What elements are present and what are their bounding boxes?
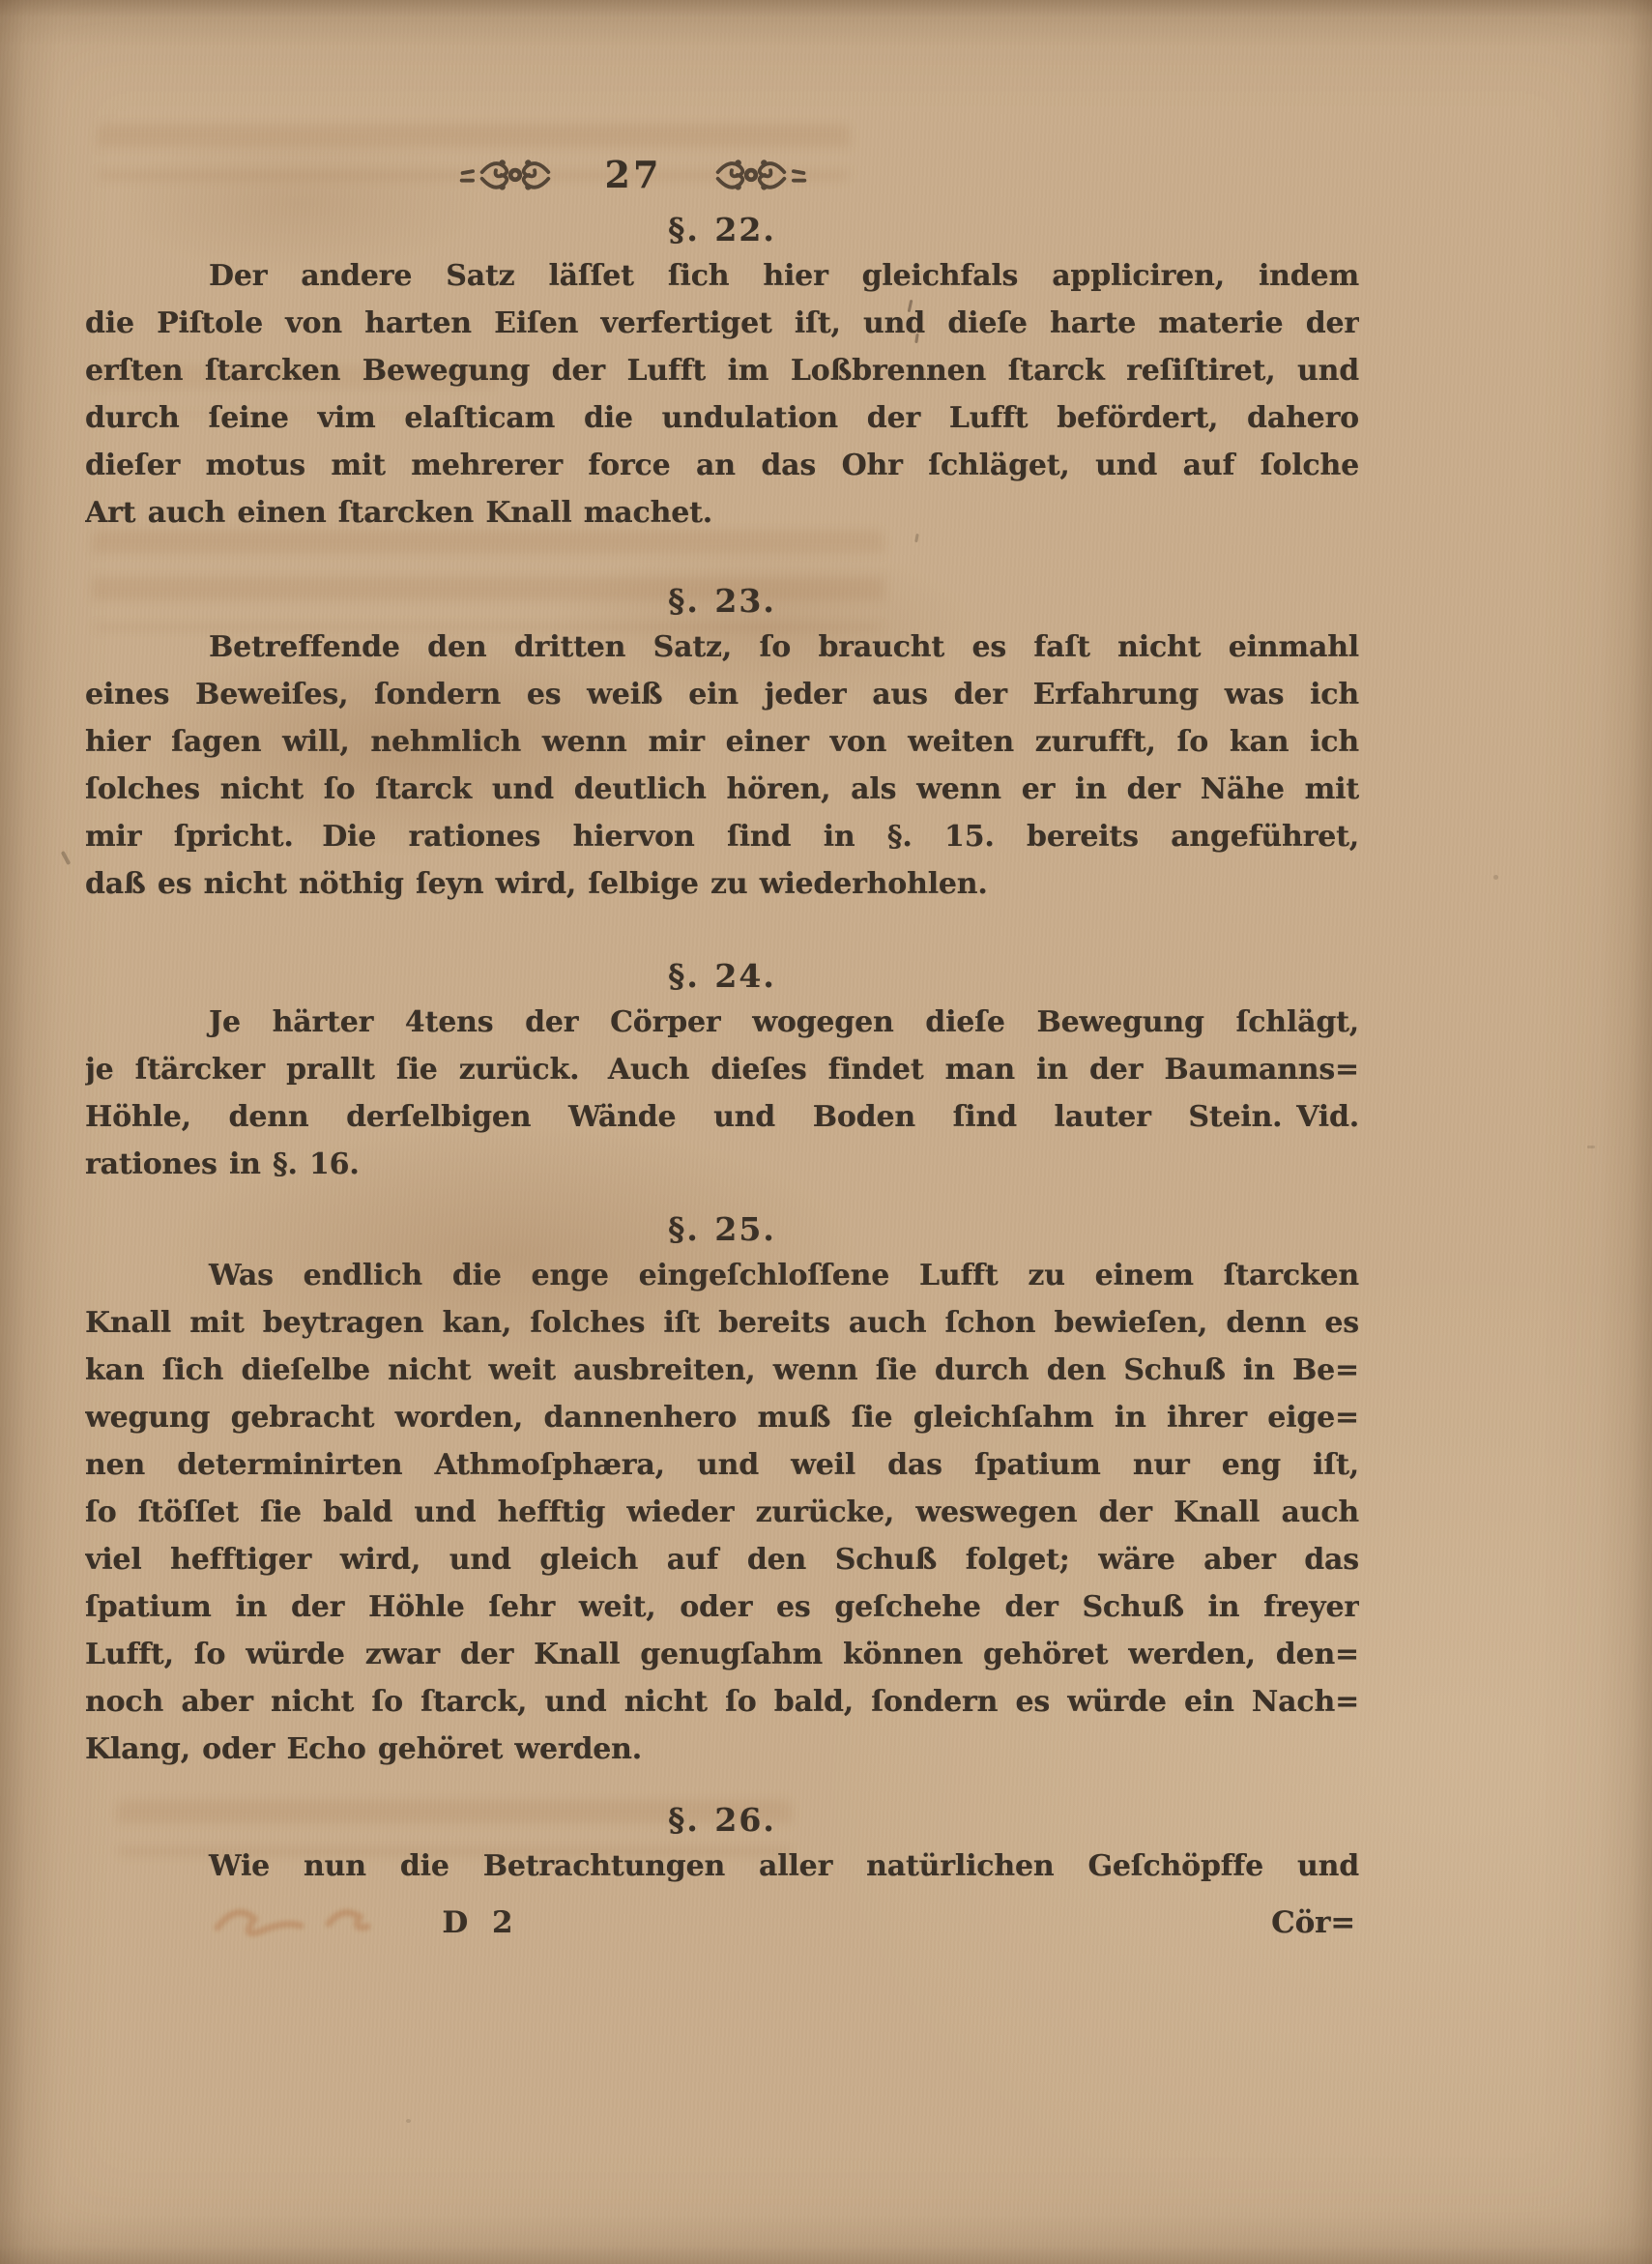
- text-line: Was endlich die enge eingeſchloſſene Luf…: [85, 1252, 1359, 1299]
- section-heading: §. 26.: [85, 1798, 1359, 1843]
- section: §. 22.Der andere Satz läſſet ſich hier g…: [85, 208, 1359, 537]
- fleuron-right-icon: [694, 154, 808, 194]
- sections: §. 22.Der andere Satz läſſet ſich hier g…: [85, 208, 1359, 1890]
- text-line: ſolches nicht ſo ſtarck und deutlich hör…: [85, 766, 1359, 813]
- text-line: ſo ſtöſſet ſie bald und hefftig wieder z…: [85, 1489, 1359, 1536]
- section: §. 23.Betreffende den dritten Satz, ſo b…: [85, 579, 1359, 908]
- text-line: Lufft, ſo würde zwar der Knall genugſahm…: [85, 1631, 1359, 1678]
- ink-speck: [406, 2119, 411, 2123]
- text-line: hier ſagen will, nehmlich wenn mir einer…: [85, 718, 1359, 766]
- text-line: wegung gebracht worden, dannenhero muß ſ…: [85, 1394, 1359, 1441]
- text-line: Der andere Satz läſſet ſich hier gleichf…: [85, 252, 1359, 300]
- text-line: ſpatium in der Höhle ſehr weit, oder es …: [85, 1583, 1359, 1631]
- page-number: 27: [605, 151, 662, 198]
- text-line: mir ſpricht. Die rationes hiervon ſind i…: [85, 813, 1359, 860]
- text-line: Art auch einen ſtarcken Knall machet.: [85, 489, 1359, 537]
- text-line: durch ſeine vim elaſticam die undulation…: [85, 394, 1359, 442]
- text-line: Klang, oder Echo gehöret werden.: [85, 1726, 1359, 1773]
- ink-speck: [1587, 1146, 1595, 1148]
- text-line: die Piſtole von harten Eiſen verfertiget…: [85, 300, 1359, 347]
- text-line: Knall mit beytragen kan, ſolches iſt ber…: [85, 1299, 1359, 1347]
- text-block: 27 §. 22.Der andere Satz läſſet ſich hie…: [85, 145, 1359, 1947]
- catchword: Cör=: [1271, 1900, 1355, 1947]
- text-line: je ſtärcker prallt ſie zurück. Auch dieſ…: [85, 1046, 1359, 1093]
- text-line: noch aber nicht ſo ſtarck, und nicht ſo …: [85, 1678, 1359, 1726]
- ink-speck: [61, 851, 72, 865]
- text-line: viel hefftiger wird, und gleich auf den …: [85, 1536, 1359, 1583]
- text-line: daß es nicht nöthig ſeyn wird, ſelbige z…: [85, 860, 1359, 908]
- signature-mark: D 2: [442, 1900, 518, 1947]
- text-line: Höhle, denn derſelbigen Wände und Boden …: [85, 1093, 1359, 1141]
- text-line: rationes in §. 16.: [85, 1141, 1359, 1188]
- text-line: nen determinirten Athmoſphæra, und weil …: [85, 1441, 1359, 1489]
- section: §. 25.Was endlich die enge eingeſchloſſe…: [85, 1207, 1359, 1773]
- section-heading: §. 25.: [85, 1207, 1359, 1252]
- text-line: Betreffende den dritten Satz, ſo braucht…: [85, 624, 1359, 671]
- section-heading: §. 24.: [85, 954, 1359, 999]
- section-heading: §. 23.: [85, 579, 1359, 624]
- section: §. 24.Je härter 4tens der Cörper wogegen…: [85, 954, 1359, 1188]
- ink-speck: [1493, 875, 1498, 880]
- text-line: Wie nun die Betrachtungen aller natürlic…: [85, 1843, 1359, 1890]
- text-line: erſten ſtarcken Bewegung der Lufft im Lo…: [85, 347, 1359, 394]
- fleuron-left-icon: [458, 154, 572, 194]
- text-line: Je härter 4tens der Cörper wogegen dieſe…: [85, 999, 1359, 1046]
- section: §. 26.Wie nun die Betrachtungen aller na…: [85, 1798, 1359, 1890]
- book-page-scan: 27 §. 22.Der andere Satz läſſet ſich hie…: [0, 0, 1652, 2264]
- text-line: eines Beweiſes, ſondern es weiß ein jede…: [85, 671, 1359, 718]
- footer-line: D 2 Cör=: [85, 1900, 1359, 1947]
- page-header: 27: [0, 150, 1270, 198]
- text-line: kan ſich dieſelbe nicht weit ausbreiten,…: [85, 1347, 1359, 1394]
- text-line: dieſer motus mit mehrerer force an das O…: [85, 442, 1359, 489]
- section-heading: §. 22.: [85, 208, 1359, 252]
